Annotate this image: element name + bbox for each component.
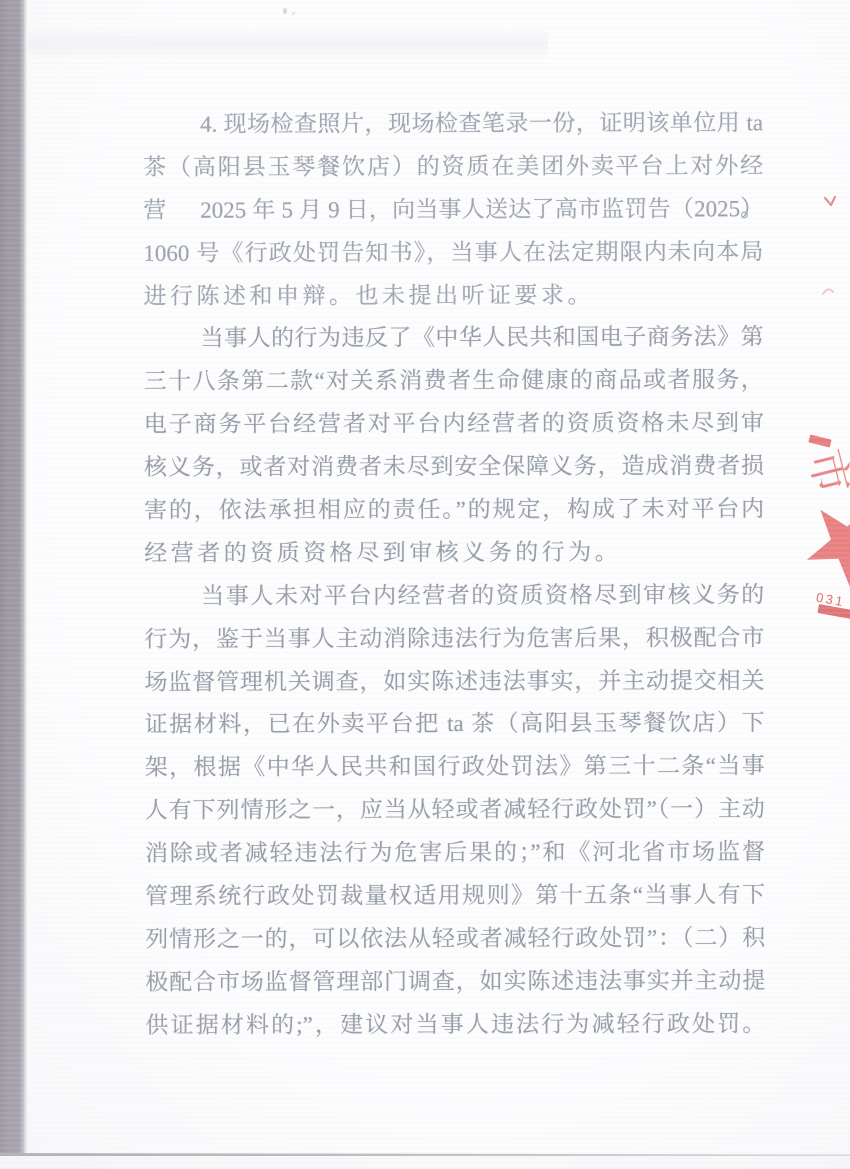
doc-line: 1060 号《行政处罚告知书》，当事人在法定期限内未向本局 [143,231,763,276]
doc-line: 2025 年 5 月 9 日，向当事人送达了高市监罚告（2025） [143,188,763,233]
doc-line: 经营者的资质资格尽到审核义务的行为。 [144,531,764,576]
doc-line: 4. 现场检查照片，现场检查笔录一份，证明该单位用 ta [143,102,763,147]
scan-speck [292,12,295,15]
doc-line: 供证据材料的;”，建议对当事人违法行为减轻行政处罚。 [145,1003,765,1048]
doc-line: 当事人未对平台内经营者的资质资格尽到审核义务的 [144,574,764,619]
seal-stroke-fragment [808,434,831,447]
doc-line: 害的，依法承担相应的责任。”的规定，构成了未对平台内 [144,488,764,533]
scan-shadow-band [28,26,548,60]
doc-line: 管理系统行政处罚裁量权适用规则》第十五条“当事人有下 [145,874,765,919]
scan-speck [283,8,287,14]
document-text-block: 4. 现场检查照片，现场检查笔录一份，证明该单位用 ta 茶（高阳县玉琴餐饮店）… [143,102,765,1047]
doc-line: 场监督管理机关调查，如实陈述违法事实，并主动提交相关 [144,660,764,705]
doc-line: 茶（高阳县玉琴餐饮店）的资质在美团外卖平台上对外经营。 [143,145,763,190]
doc-line: 人有下列情形之一，应当从轻或者减轻行政处罚”（一）主动 [145,788,765,833]
doc-line: 架，根据《中华人民共和国行政处罚法》第三十二条“当事 [145,746,765,791]
scanned-page: 4. 现场检查照片，现场检查笔录一份，证明该单位用 ta 茶（高阳县玉琴餐饮店）… [0,0,850,1169]
scanner-edge-bottom [0,1156,850,1169]
doc-line: 核义务，或者对消费者未尽到安全保障义务，造成消费者损 [144,445,764,490]
doc-line: 行为，鉴于当事人主动消除违法行为危害后果，积极配合市 [144,617,764,662]
doc-line: 进行陈述和申辩。也未提出听证要求。 [143,274,763,319]
doc-line: 列情形之一的，可以依法从轻或者减轻行政处罚”：（二）积 [145,917,765,962]
scanner-edge-left [0,0,28,1169]
doc-line: 极配合市场监督管理部门调查，如实陈述违法事实并主动提 [145,960,765,1005]
doc-line: 电子商务平台经营者对平台内经营者的资质资格未尽到审 [144,402,764,447]
doc-line: 消除或者减轻违法行为危害后果的；”和《河北省市场监督 [145,831,765,876]
seal-edge-mark-icon [821,284,835,298]
seal-star-icon [800,496,850,592]
doc-line: 当事人的行为违反了《中华人民共和国电子商务法》第 [144,317,764,362]
seal-edge-mark-icon [823,195,837,211]
doc-line: 三十八条第二款“对关系消费者生命健康的商品或者服务， [144,360,764,405]
seal-stroke-fragment [817,604,850,619]
doc-line: 证据材料，已在外卖平台把 ta 茶（高阳县玉琴餐饮店）下 [145,703,765,748]
